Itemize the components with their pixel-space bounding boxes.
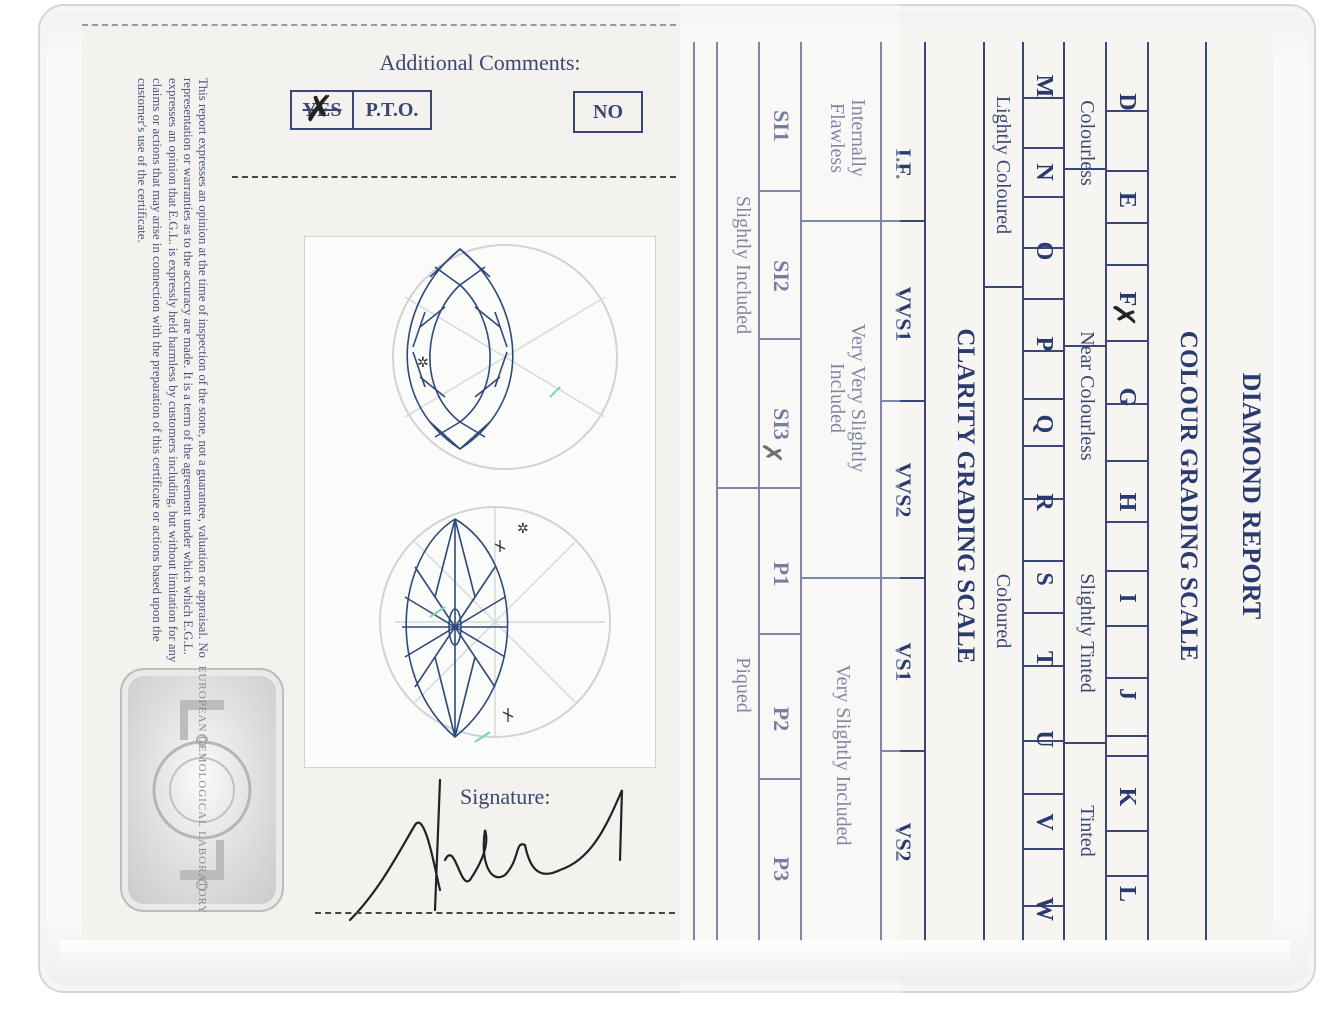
grade-cell: W <box>1029 893 1057 925</box>
table-rule <box>1147 42 1149 942</box>
check-mark-icon: ✗ <box>1108 302 1138 327</box>
table-rule <box>1205 42 1207 942</box>
svg-text:✲: ✲ <box>417 356 429 371</box>
colour-group-label: Tinted <box>1071 751 1097 911</box>
disclaimer-block: This report expresses an opinion at the … <box>110 78 210 698</box>
grade-cell: J <box>1112 678 1140 710</box>
grade-cell: M <box>1029 70 1057 102</box>
plot-diagram: ✲ ✲ <box>304 236 656 768</box>
grade-cell: V <box>1029 806 1057 838</box>
embossed-seal: EUROPEAN GEMOLOGICAL LABORATORY <box>120 668 284 912</box>
signature-line <box>315 912 675 914</box>
check-mark-icon: ✗ <box>304 92 334 128</box>
seal-text: EUROPEAN GEMOLOGICAL LABORATORY <box>196 666 208 915</box>
grade-cell: S <box>1029 563 1057 595</box>
grade-cell: L <box>1112 878 1140 910</box>
table-rule <box>983 42 985 942</box>
grade-cell: T <box>1029 643 1057 675</box>
table-rule <box>1063 42 1065 942</box>
colour-group-label: Near Colourless <box>1071 316 1097 476</box>
grade-cell: K <box>1112 781 1140 813</box>
sleeve-gloss <box>60 940 1290 980</box>
colour-group-label: Lightly Coloured <box>987 85 1013 245</box>
signature-scribble-icon <box>340 770 640 930</box>
grade-cell: Q <box>1029 408 1057 440</box>
svg-text:✲: ✲ <box>517 522 529 537</box>
grade-cell: P <box>1029 328 1057 360</box>
marquise-diagram-icon: ✲ ✲ <box>305 237 655 767</box>
colour-group-label: Slightly Tinted <box>1071 553 1097 713</box>
colour-group-label: Coloured <box>987 531 1013 691</box>
grade-cell: U <box>1029 723 1057 755</box>
grade-cell: R <box>1029 486 1057 518</box>
table-rule <box>1105 42 1107 942</box>
colour-group-label: Colourless <box>1071 63 1097 223</box>
table-rule <box>1022 42 1024 942</box>
grade-cell: E <box>1112 184 1140 216</box>
comments-line <box>232 176 676 178</box>
grade-cell: D <box>1112 86 1140 118</box>
table-rule <box>924 42 926 942</box>
sleeve-fold <box>680 0 900 1000</box>
grade-cell: G <box>1112 381 1140 413</box>
clarity-scale-title: CLARITY GRADING SCALE <box>947 306 979 686</box>
no-box[interactable]: NO <box>573 91 643 133</box>
grade-cell: O <box>1029 235 1057 267</box>
disclaimer-text: This report expresses an opinion at the … <box>134 78 210 688</box>
grade-cell: N <box>1029 156 1057 188</box>
colour-scale-title: COLOUR GRADING SCALE <box>1170 316 1202 676</box>
grade-cell: H <box>1112 486 1140 518</box>
additional-comments-label: Additional Comments: <box>330 50 630 76</box>
grade-cell: I <box>1112 582 1140 614</box>
pto-box[interactable]: P.T.O. <box>352 90 432 130</box>
document-title: DIAMOND REPORT <box>1234 326 1266 666</box>
